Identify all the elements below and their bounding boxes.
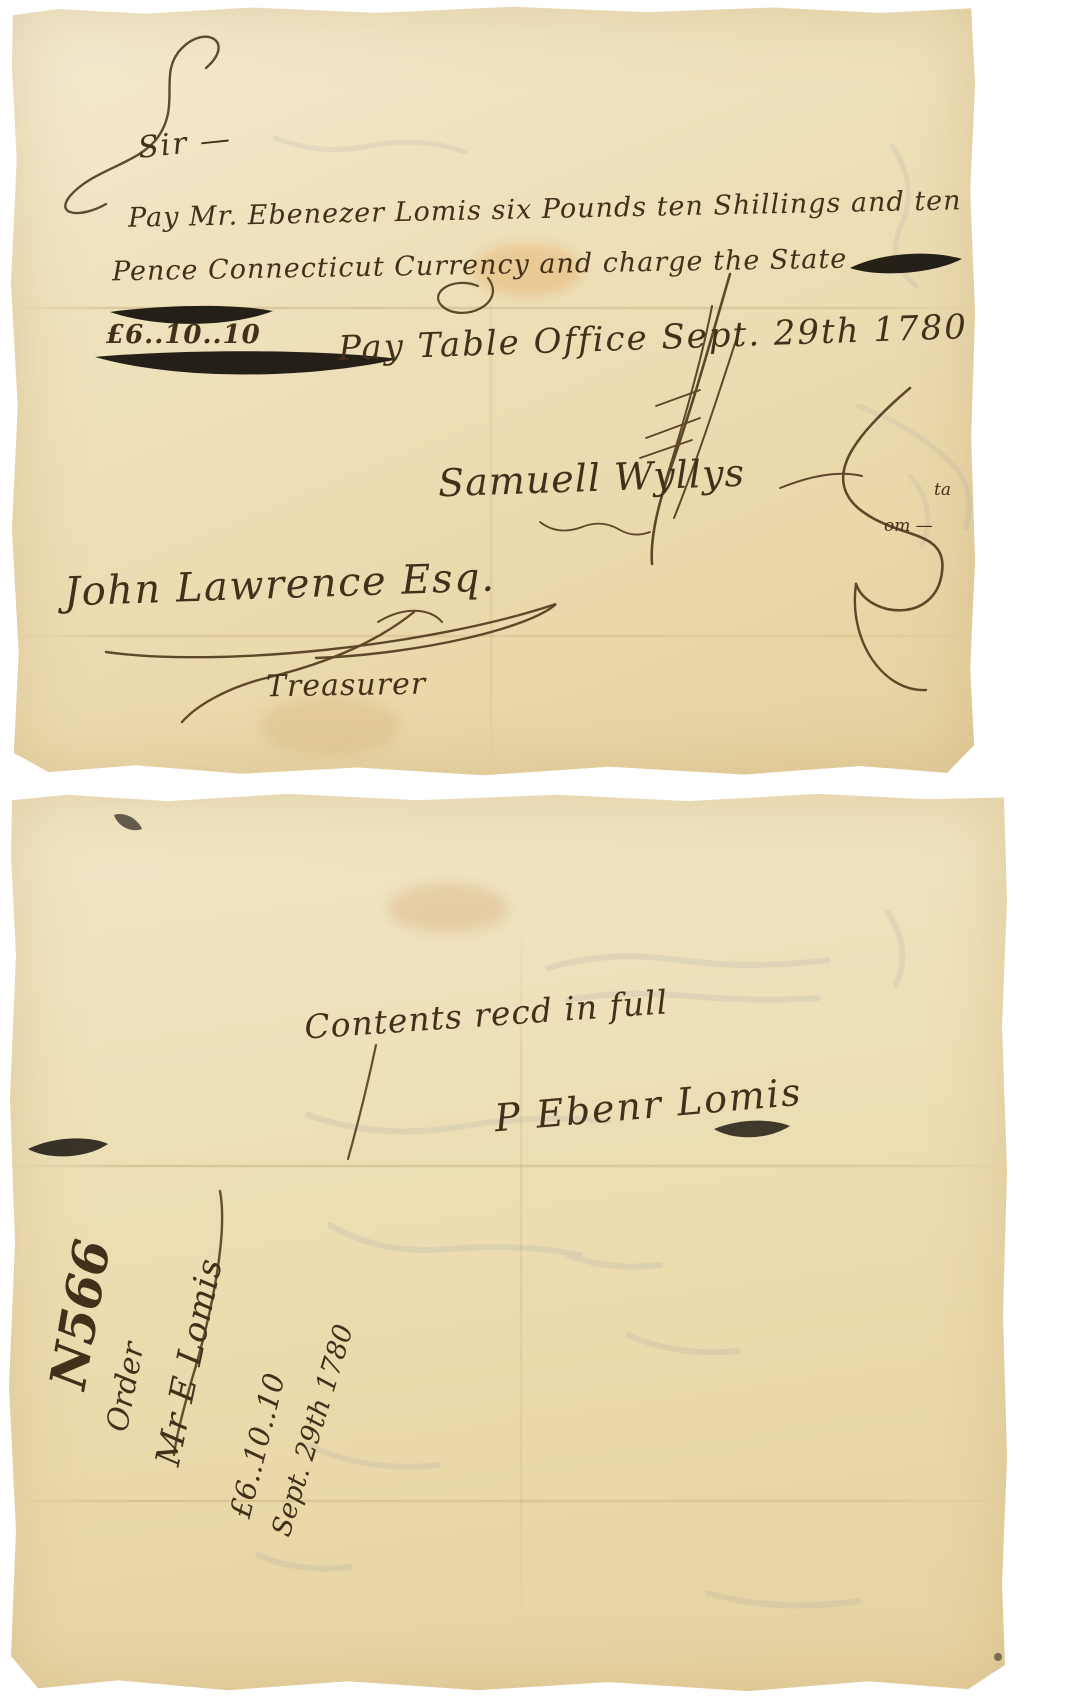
docket-date-underline: [348, 1045, 376, 1159]
ink-smudge-top-left: [114, 814, 142, 830]
amount: £6..10..10: [106, 320, 261, 350]
salutation: Sir —: [136, 121, 233, 166]
sheet-front: Sir — Pay Mr. Ebenezer Lomis six Pounds …: [10, 6, 976, 776]
ink-bleed-ghost: [275, 138, 465, 152]
ink-bleed-ghost: [568, 1255, 660, 1267]
fold-crease: [8, 1165, 1008, 1167]
sheet-back: Contents recd in full P Ebenr Lomis N566…: [8, 793, 1008, 1692]
fold-crease: [10, 635, 976, 637]
committee-flourish: [843, 388, 942, 610]
committee-note-line-2: om —: [884, 516, 933, 536]
committee-flourish: [855, 584, 926, 690]
docket-payee: Mr E Lomis: [148, 1254, 231, 1469]
fold-crease: [10, 307, 976, 309]
addressee-underline-flourish: [106, 604, 556, 658]
committee-signature: Samuell Wyllys: [437, 451, 745, 506]
ink-smudge-left: [28, 1138, 108, 1156]
addressee-title: Treasurer: [266, 667, 427, 705]
pay-order-body-line-2: Pence Connecticut Currency and charge th…: [112, 244, 848, 288]
docket-number: N566: [38, 1235, 122, 1393]
pay-order-body-line-1: Pay Mr. Ebenezer Lomis six Pounds ten Sh…: [128, 185, 962, 233]
ink-speck: [994, 1653, 1002, 1661]
dateline: Pay Table Office Sept. 29th 1780: [337, 307, 968, 369]
ink-bleed-ghost: [888, 913, 902, 985]
ink-bleed-ghost: [858, 406, 969, 528]
ink-bleed-ghost: [258, 1555, 350, 1569]
ink-bleed-ghost: [308, 1445, 438, 1467]
diagonal-signature-flourish: [640, 390, 700, 458]
docket-line-order: Order: [100, 1339, 152, 1434]
addressee: John Lawrence Esq.: [63, 554, 496, 615]
ink-bleed-ghost: [548, 956, 828, 968]
committee-note-line-1: ta: [934, 480, 951, 500]
paper-stain: [388, 883, 508, 933]
scanned-document-canvas: Sir — Pay Mr. Ebenezer Lomis six Pounds …: [0, 0, 1080, 1698]
ink-smudge-right: [714, 1121, 790, 1138]
docket-date: Sept. 29th 1780: [266, 1321, 360, 1540]
paper-stain: [260, 696, 400, 756]
ink-bleed-ghost: [330, 1225, 580, 1255]
receipt-signature: P Ebenr Lomis: [493, 1070, 804, 1141]
ink-bleed-ghost: [628, 1335, 738, 1352]
treasurer-flourish: [378, 611, 442, 622]
fold-crease: [8, 1500, 1008, 1502]
ink-bleed-ghost: [708, 1593, 858, 1606]
receipt-line: Contents recd in full: [303, 982, 669, 1046]
committee-flourish: [780, 474, 862, 488]
signature-paraph: [540, 522, 650, 535]
ink-smear-after-state: [850, 254, 962, 274]
